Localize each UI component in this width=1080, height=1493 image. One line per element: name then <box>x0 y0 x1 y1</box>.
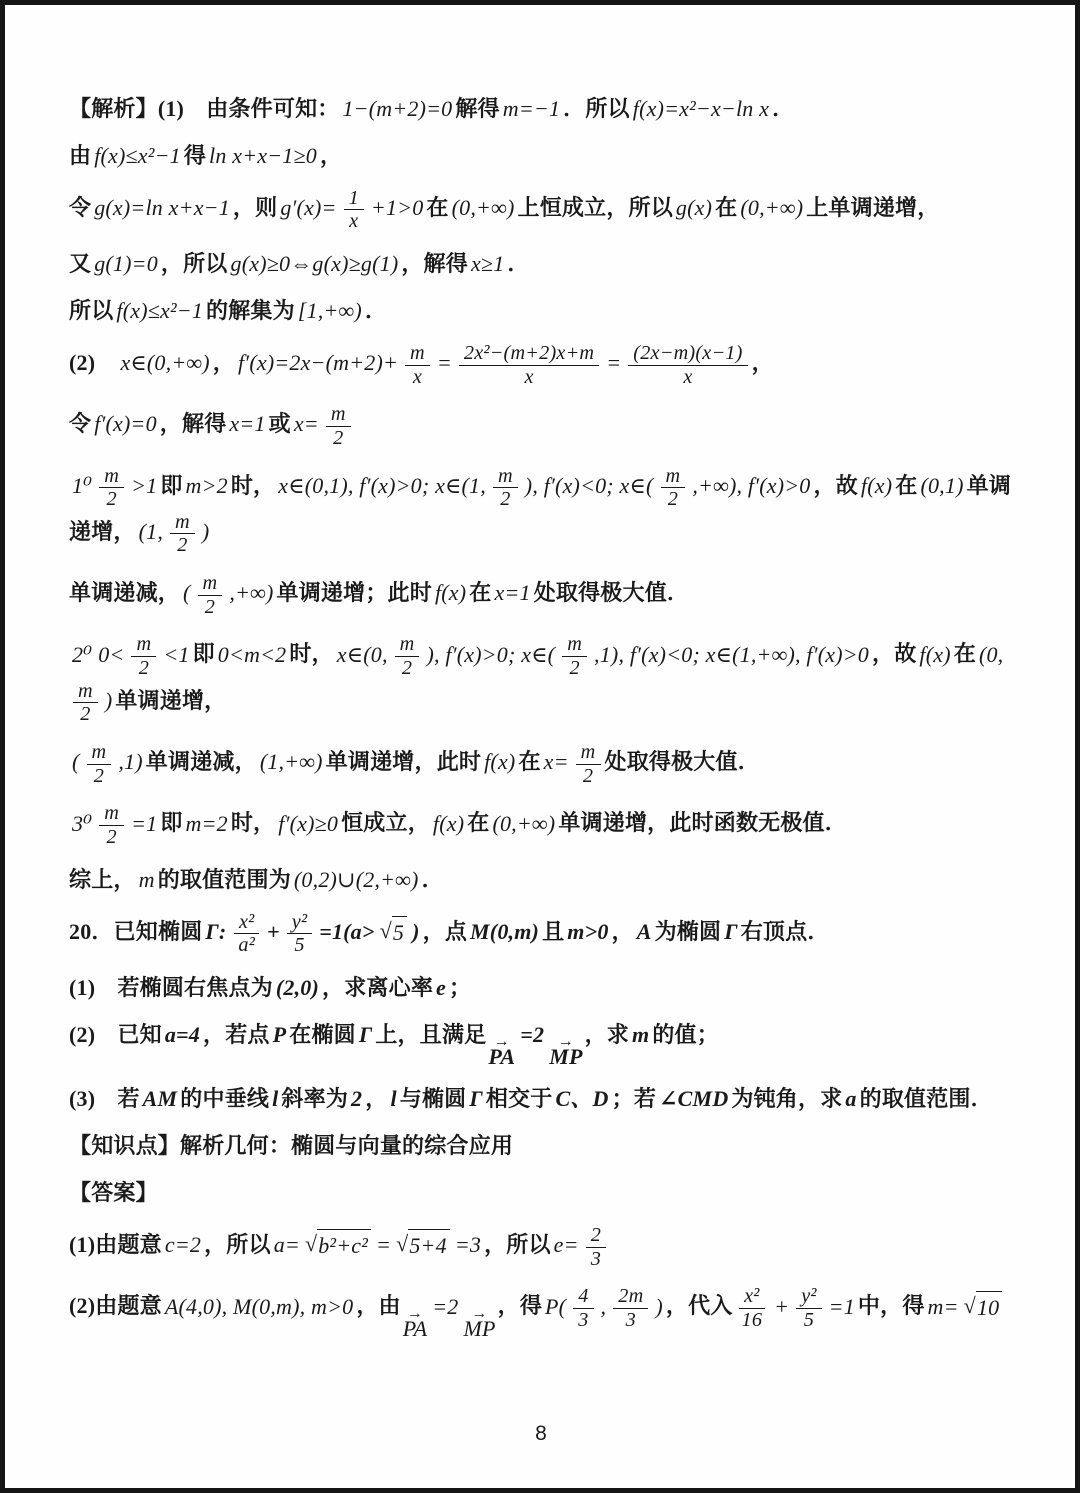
text-run: ．所以 <box>563 96 630 121</box>
text-run: 与椭圆 <box>400 1086 467 1111</box>
fraction-denominator: 3 <box>573 1309 593 1332</box>
fraction-numerator: m <box>170 511 195 535</box>
math-run: +1>0 <box>371 195 424 220</box>
case-1-line-2: 单调递减，(m2,+∞)单调递增；此时f(x)在x=1处取得极大值． <box>69 572 1013 618</box>
math-run: f(x)=x²−x−ln x <box>633 96 769 121</box>
text-run: 恒成立， <box>341 811 430 836</box>
math-run: =3 <box>455 1232 481 1257</box>
math-run: (1, <box>139 519 163 544</box>
question-20-part-1: (1) 若椭圆右焦点为(2,0)，求离心率e； <box>69 972 1013 1004</box>
math-run: P <box>273 1022 287 1047</box>
text-run: 即 <box>160 473 182 498</box>
math-run: 2 <box>351 1086 362 1111</box>
math-run: ,1), f′(x)<0; x∈(1,+∞), f′(x)>0 <box>594 642 869 667</box>
math-run: ( <box>183 580 191 605</box>
case-3-line: 3⁰m2=1即m=2时，f′(x)≥0恒成立，f(x)在(0,+∞)单调递增，此… <box>69 802 1013 848</box>
math-run: ∠CMD <box>659 1086 728 1111</box>
fraction-numerator: x² <box>234 911 259 935</box>
text-run: (1) 若椭圆右焦点为 <box>69 975 273 1000</box>
text-run: (3) 若 <box>69 1086 140 1111</box>
math-run: m>2 <box>186 473 228 498</box>
fraction: m2 <box>493 465 518 511</box>
fraction-numerator: m <box>562 633 587 657</box>
text-run: 即 <box>160 811 182 836</box>
fraction-numerator: m <box>576 741 601 765</box>
square-root: √b²+c² <box>305 1229 371 1262</box>
fraction-numerator: m <box>87 741 112 765</box>
math-run: 1−(m+2)=0 <box>342 96 452 121</box>
math-run: f(x) <box>435 580 466 605</box>
fraction-numerator: m <box>99 465 124 489</box>
text-run: 单调递增；此时 <box>277 580 432 605</box>
fraction: m2 <box>73 680 98 726</box>
question-20-part-3: (3) 若AM的中垂线l斜率为2，l与椭圆Γ相交于C、D；若∠CMD为钝角，求a… <box>69 1083 1013 1115</box>
math-run: m>0 <box>567 919 608 944</box>
math-run: P( <box>545 1294 566 1319</box>
text-run: (2) 已知 <box>69 1022 162 1047</box>
document-body: 【解析】(1) 由条件可知：1−(m+2)=0解得m=−1．所以f(x)=x²−… <box>69 93 1013 1355</box>
fraction-denominator: 2 <box>200 596 220 619</box>
text-run: 为钝角，求 <box>731 1086 842 1111</box>
fraction-numerator: x² <box>739 1285 764 1309</box>
case-1-line-1: 1⁰m2>1即m>2时，x∈(0,1), f′(x)>0; x∈(1,m2), … <box>69 465 1013 558</box>
math-run: (0,+∞) <box>492 811 555 836</box>
vector-name: MP <box>549 1046 582 1068</box>
fraction-numerator: y² <box>796 1285 821 1309</box>
fraction-numerator: m <box>405 342 430 366</box>
fraction: x²16 <box>737 1285 768 1331</box>
math-run: ,+∞), f′(x)>0 <box>692 473 810 498</box>
text-run: 在椭圆 <box>289 1022 356 1047</box>
fraction-numerator: 2 <box>586 1224 606 1248</box>
text-run: 在 <box>954 642 976 667</box>
fraction-numerator: (2x−m)(x−1) <box>628 342 747 366</box>
text-run: ，所以 <box>161 251 228 276</box>
text-run: 的取值范围为 <box>158 867 291 892</box>
text-run: 由 <box>69 143 91 168</box>
fraction-numerator: y² <box>287 911 312 935</box>
fraction-numerator: 4 <box>573 1285 593 1309</box>
text-run: 处取得极大值． <box>534 580 689 605</box>
radicand: 5+4 <box>408 1229 449 1262</box>
analysis-line-6: (2) x∈(0,+∞)，f′(x)=2x−(m+2)+mx=2x²−(m+2)… <box>69 342 1013 388</box>
fraction-denominator: 2 <box>397 657 417 680</box>
math-run: Γ <box>469 1086 483 1111</box>
text-run: (1) 由条件可知： <box>158 96 340 121</box>
text-run: 处取得极大值． <box>605 749 760 774</box>
math-run: (0,1) <box>920 473 963 498</box>
text-run: ， <box>320 143 342 168</box>
fraction: 2x²−(m+2)x+mx <box>459 342 599 388</box>
math-run: l <box>272 1086 278 1111</box>
fraction-denominator: x <box>408 366 427 389</box>
math-run: f′(x)=0 <box>94 411 157 436</box>
text-run: 得 <box>184 143 206 168</box>
fraction: x²a² <box>233 911 260 957</box>
fraction-denominator: 2 <box>89 765 109 788</box>
text-run: ，求离心率 <box>322 975 433 1000</box>
text-run: 的解集为 <box>206 298 295 323</box>
fraction-denominator: 3 <box>621 1309 641 1332</box>
vector: →MP <box>463 1310 495 1341</box>
math-run: g(x)=ln x+x−1 <box>94 195 230 220</box>
math-run: m= <box>928 1294 959 1319</box>
text-run: 的中垂线 <box>180 1086 269 1111</box>
fraction: 43 <box>573 1285 593 1331</box>
math-run: + <box>267 919 280 944</box>
text-run: ，点 <box>423 919 467 944</box>
text-run: 中，得 <box>858 1294 925 1319</box>
question-20-part-2: (2) 已知a=4，若点P在椭圆Γ上，且满足→PA=2→MP，求m的值； <box>69 1019 1013 1069</box>
fraction: mx <box>405 342 430 388</box>
radical-icon: √ <box>305 1228 317 1260</box>
fraction: m2 <box>198 572 223 618</box>
math-run: g(1)=0 <box>94 251 158 276</box>
text-run: 单调递增，此时 <box>326 749 481 774</box>
fraction-numerator: m <box>131 633 156 657</box>
math-run: ) <box>412 919 420 944</box>
math-run: f(x)≤x²−1 <box>116 298 203 323</box>
fraction-denominator: 2 <box>578 765 598 788</box>
text-run: 解得 <box>455 96 499 121</box>
math-run: x≥1 <box>471 251 504 276</box>
analysis-line-7: 令f′(x)=0，解得x=1或x=m2 <box>69 403 1013 449</box>
math-run: g′(x)= <box>280 195 336 220</box>
fraction-numerator: m <box>493 465 518 489</box>
analysis-line-4: 又g(1)=0，所以g(x)≥0⇔g(x)≥g(1)，解得x≥1． <box>69 248 1013 280</box>
fraction-numerator: 2m <box>613 1285 648 1309</box>
math-run: e= <box>554 1232 579 1257</box>
fraction-denominator: a² <box>233 934 260 957</box>
text-run: ， <box>213 350 235 375</box>
fraction: m2 <box>170 511 195 557</box>
math-run: , <box>601 1294 607 1319</box>
bold-text-run: 【知识点】 <box>69 1133 180 1158</box>
text-run: ，解得 <box>160 411 227 436</box>
radical-icon: √ <box>380 915 392 947</box>
analysis-line-2: 由f(x)≤x²−1得ln x+x−1≥0， <box>69 140 1013 172</box>
fraction: m2 <box>131 633 156 679</box>
math-run: =1(a> <box>319 919 374 944</box>
vector-name: MP <box>463 1318 495 1340</box>
fraction: m2 <box>395 633 420 679</box>
text-run: ． <box>422 867 444 892</box>
text-run: 在 <box>469 580 491 605</box>
radical-icon: √ <box>964 1290 976 1322</box>
math-run: (0,2)∪(2,+∞) <box>294 867 419 892</box>
math-run: (1,+∞) <box>260 749 323 774</box>
math-run: A <box>637 919 652 944</box>
math-run: x∈(0,+∞) <box>120 350 209 375</box>
math-run: x=1 <box>494 580 530 605</box>
conclusion-line: 综上，m的取值范围为(0,2)∪(2,+∞)． <box>69 864 1013 896</box>
math-run: a=4 <box>165 1022 200 1047</box>
vector-name: PA <box>403 1318 427 1340</box>
text-run: 在 <box>426 195 448 220</box>
math-run: (2,0) <box>276 975 319 1000</box>
fraction: m2 <box>99 465 124 511</box>
math-run: x= <box>294 411 319 436</box>
math-run: m=2 <box>186 811 228 836</box>
math-run: f(x) <box>919 642 950 667</box>
math-run: ) <box>655 1294 663 1319</box>
math-run: a <box>845 1086 856 1111</box>
fraction-denominator: 5 <box>799 1309 819 1332</box>
text-run: 单调递减， <box>146 749 257 774</box>
math-run: a= <box>274 1232 300 1257</box>
text-run: ， <box>365 1086 387 1111</box>
math-run: f′(x)=2x−(m+2)+ <box>238 350 398 375</box>
text-run: ，由 <box>356 1294 400 1319</box>
text-run: 即 <box>193 642 215 667</box>
text-run: ． <box>365 298 387 323</box>
fraction-denominator: 2 <box>172 534 192 557</box>
math-run: m <box>632 1022 649 1047</box>
math-run: e <box>436 975 446 1000</box>
math-run: =1 <box>829 1294 855 1319</box>
text-run: 时， <box>231 811 275 836</box>
text-run: 令 <box>69 411 91 436</box>
fraction-numerator: m <box>73 680 98 704</box>
math-run: ( <box>72 749 80 774</box>
text-run: 或 <box>269 411 291 436</box>
math-run: Γ <box>724 919 738 944</box>
fraction-denominator: 2 <box>495 488 515 511</box>
math-run: <1 <box>163 642 189 667</box>
text-run: 上恒成立，所以 <box>518 195 673 220</box>
answer-part-2: (2)由题意A(4,0), M(0,m), m>0，由→PA=2→MP，得P(4… <box>69 1285 1013 1340</box>
text-run: 时， <box>289 642 333 667</box>
fraction-denominator: 3 <box>586 1248 606 1271</box>
math-run: f(x) <box>433 811 464 836</box>
math-run: [1,+∞) <box>298 298 362 323</box>
text-run: 单调递增，此时函数无极值． <box>558 811 847 836</box>
math-run: + <box>774 1294 789 1319</box>
math-run: A(4,0), M(0,m), m>0 <box>165 1294 354 1319</box>
fraction-numerator: m <box>395 633 420 657</box>
math-run: x∈(0,1), f′(x)>0; x∈(1, <box>278 473 486 498</box>
page-number: 8 <box>69 1422 1013 1488</box>
fraction: m2 <box>576 741 601 787</box>
math-run: x= <box>544 749 569 774</box>
fraction: m2 <box>87 741 112 787</box>
fraction: y²5 <box>287 911 312 957</box>
math-run: x=1 <box>229 411 265 436</box>
bold-text-run: 【解析】 <box>69 96 158 121</box>
fraction-numerator: 1 <box>344 187 364 211</box>
math-run: m <box>139 867 155 892</box>
case-2-line-2: (m2,1)单调递减，(1,+∞)单调递增，此时f(x)在x=m2处取得极大值． <box>69 741 1013 787</box>
math-run: ), f′(x)<0; x∈( <box>525 473 654 498</box>
text-run: (1)由题意 <box>69 1232 162 1257</box>
fraction: (2x−m)(x−1)x <box>628 342 747 388</box>
radicand: 10 <box>976 1291 1002 1324</box>
fraction: y²5 <box>796 1285 821 1331</box>
math-run: ln x+x−1≥0 <box>209 143 317 168</box>
text-run: 且 <box>542 919 564 944</box>
text-run: 斜率为 <box>281 1086 348 1111</box>
text-run: 右顶点． <box>741 919 830 944</box>
analysis-line-3: 令g(x)=ln x+x−1，则g′(x)=1x+1>0在(0,+∞)上恒成立，… <box>69 187 1013 233</box>
vector: →PA <box>488 1038 515 1069</box>
math-run: m=−1 <box>503 96 560 121</box>
bold-text-run: 【答案】 <box>69 1180 158 1205</box>
math-run: ) <box>202 519 210 544</box>
text-run: 单调递减， <box>69 580 180 605</box>
math-run: ,+∞) <box>229 580 273 605</box>
fraction-numerator: m <box>99 802 124 826</box>
text-run: ． <box>507 251 529 276</box>
text-run: ，解得 <box>401 251 468 276</box>
text-run: 单调递增， <box>115 688 226 713</box>
fraction: 1x <box>344 187 364 233</box>
fraction-numerator: m <box>661 465 686 489</box>
radicand: 5 <box>392 916 407 949</box>
text-run: 在 <box>467 811 489 836</box>
vector: →MP <box>549 1038 582 1069</box>
fraction-denominator: 2 <box>328 427 348 450</box>
text-run: 综上， <box>69 867 136 892</box>
text-run: 又 <box>69 251 91 276</box>
text-run: 令 <box>69 195 91 220</box>
math-run: f(x) <box>861 473 892 498</box>
math-run: Γ <box>359 1022 373 1047</box>
text-run: ，求 <box>585 1022 629 1047</box>
case-2-line-1: 2⁰0<m2<1即0<m<2时，x∈(0,m2), f′(x)>0; x∈(m2… <box>69 633 1013 726</box>
math-run: g(x) <box>676 195 712 220</box>
vector: →PA <box>403 1310 427 1341</box>
text-run: 20．已知椭圆 <box>69 919 202 944</box>
text-run: 在 <box>895 473 917 498</box>
fraction-denominator: x <box>519 366 538 389</box>
math-run: 0<m<2 <box>218 642 287 667</box>
text-run: 上，且满足 <box>375 1022 486 1047</box>
vector-name: PA <box>488 1046 515 1068</box>
math-run: g(x)≥0⇔g(x)≥g(1) <box>231 251 399 276</box>
math-run: ) <box>105 688 113 713</box>
math-run: = <box>606 350 621 375</box>
math-run: M(0,m) <box>470 919 539 944</box>
fraction-denominator: 16 <box>737 1309 768 1332</box>
text-run: ，所以 <box>484 1232 551 1257</box>
radicand: b²+c² <box>317 1229 371 1262</box>
text-run: 在 <box>715 195 737 220</box>
text-run: ； <box>449 975 471 1000</box>
math-run: 1⁰ <box>72 473 92 498</box>
fraction: 2m3 <box>613 1285 648 1331</box>
math-run: Γ: <box>205 919 226 944</box>
math-run: =2 <box>520 1022 544 1047</box>
math-run: = <box>376 1232 391 1257</box>
math-run: =1 <box>131 811 157 836</box>
math-run: (0,+∞) <box>452 195 515 220</box>
math-run: 0< <box>98 642 124 667</box>
text-run: 上单调递增， <box>806 195 939 220</box>
text-run: 所以 <box>69 298 113 323</box>
text-run: ． <box>772 96 794 121</box>
text-run: ，若点 <box>203 1022 270 1047</box>
square-root: √5+4 <box>396 1229 450 1262</box>
knowledge-point-line: 【知识点】解析几何：椭圆与向量的综合应用 <box>69 1130 1013 1162</box>
text-run: 解析几何：椭圆与向量的综合应用 <box>180 1133 513 1158</box>
math-run: AM <box>143 1086 178 1111</box>
text-run: 在 <box>518 749 540 774</box>
fraction-numerator: m <box>198 572 223 596</box>
fraction-numerator: m <box>326 403 351 427</box>
text-run: ，则 <box>233 195 277 220</box>
text-run: 相交于 <box>486 1086 553 1111</box>
exam-solution-page: 【解析】(1) 由条件可知：1−(m+2)=0解得m=−1．所以f(x)=x²−… <box>0 0 1080 1493</box>
text-run: ，代入 <box>666 1294 733 1319</box>
fraction-denominator: 5 <box>289 934 309 957</box>
text-run: 为椭圆 <box>655 919 722 944</box>
text-run: 的值； <box>652 1022 719 1047</box>
fraction: m2 <box>562 633 587 679</box>
math-run: c=2 <box>165 1232 201 1257</box>
math-run: f′(x)≥0 <box>278 811 338 836</box>
analysis-line-5: 所以f(x)≤x²−1的解集为[1,+∞)． <box>69 295 1013 327</box>
fraction: m2 <box>326 403 351 449</box>
math-run: ), f′(x)>0; x∈( <box>426 642 555 667</box>
math-run: 3⁰ <box>72 811 92 836</box>
fraction-numerator: 2x²−(m+2)x+m <box>459 342 599 366</box>
fraction-denominator: 2 <box>101 488 121 511</box>
text-run: ， <box>752 350 774 375</box>
fraction: 23 <box>586 1224 606 1270</box>
fraction-denominator: x <box>678 366 697 389</box>
square-root: √5 <box>380 916 407 949</box>
fraction-denominator: 2 <box>75 703 95 726</box>
fraction-denominator: 2 <box>663 488 683 511</box>
analysis-line-1: 【解析】(1) 由条件可知：1−(m+2)=0解得m=−1．所以f(x)=x²−… <box>69 93 1013 125</box>
text-run: ，故 <box>872 642 916 667</box>
math-run: =2 <box>432 1294 458 1319</box>
fraction-denominator: 2 <box>134 657 154 680</box>
text-run: (2) <box>69 350 117 375</box>
math-run: C、D <box>555 1086 608 1111</box>
math-run: f(x) <box>484 749 515 774</box>
math-run: >1 <box>131 473 157 498</box>
text-run: ，得 <box>498 1294 542 1319</box>
answer-part-1: (1)由题意c=2，所以a=√b²+c²=√5+4=3，所以e=23 <box>69 1224 1013 1270</box>
square-root: √10 <box>964 1291 1003 1324</box>
answer-header-line: 【答案】 <box>69 1177 1013 1209</box>
fraction: m2 <box>661 465 686 511</box>
math-run: 2⁰ <box>72 642 92 667</box>
text-run: 时， <box>231 473 275 498</box>
text-run: ， <box>612 919 634 944</box>
math-run: ,1) <box>118 749 142 774</box>
fraction-denominator: x <box>344 210 363 233</box>
radical-icon: √ <box>396 1228 408 1260</box>
text-run: (2)由题意 <box>69 1294 162 1319</box>
fraction-denominator: 2 <box>564 657 584 680</box>
text-run: 的取值范围． <box>860 1086 993 1111</box>
math-run: l <box>390 1086 396 1111</box>
math-run: f(x)≤x²−1 <box>94 143 181 168</box>
text-run: ，所以 <box>204 1232 271 1257</box>
fraction: m2 <box>99 802 124 848</box>
math-run: = <box>437 350 452 375</box>
text-run: ；若 <box>612 1086 656 1111</box>
math-run: (0,+∞) <box>740 195 803 220</box>
text-run: ，故 <box>814 473 858 498</box>
question-20-stem: 20．已知椭圆Γ:x²a²+y²5=1(a>√5)，点M(0,m)且m>0，A为… <box>69 911 1013 957</box>
math-run: x∈(0, <box>337 642 388 667</box>
fraction-denominator: 2 <box>101 826 121 849</box>
math-run: (0, <box>979 642 1003 667</box>
